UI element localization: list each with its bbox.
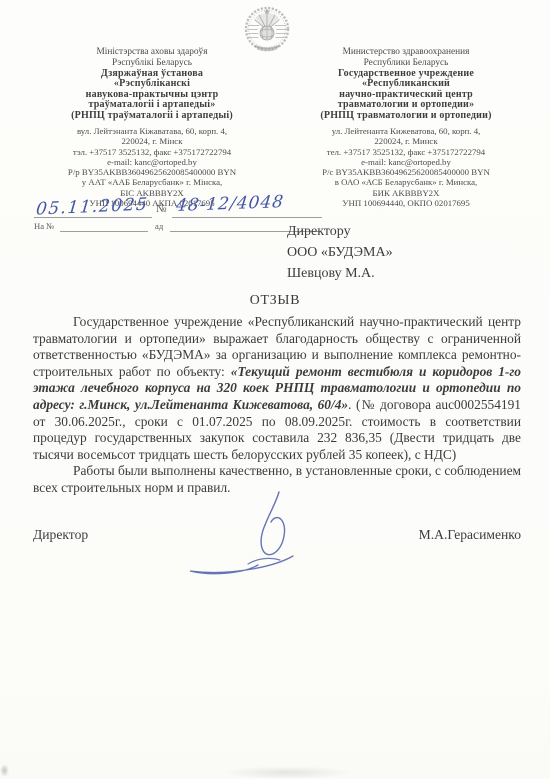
- body-paragraph: Государственное учреждение «Республиканс…: [33, 314, 521, 463]
- org-name-line: (РНПЦ траўматалогіі і артапедыі): [28, 111, 276, 121]
- letterhead-right-orgname: Государственное учреждение «Республиканс…: [282, 69, 530, 121]
- org-details-line: ул. Лейтенанта Кижеватова, 60, корп. 4,: [282, 126, 530, 136]
- letterhead-right-details: ул. Лейтенанта Кижеватова, 60, корп. 4, …: [282, 126, 530, 208]
- ref-na-no-label: На №: [34, 221, 54, 231]
- addressee-line: Директору: [287, 221, 393, 242]
- signoff-director-label: Директор: [33, 527, 88, 543]
- org-details-line: тел. +37517 3525132, факс +375172722794: [282, 147, 530, 157]
- ref-underline: [60, 231, 148, 232]
- org-details-line: Р/с BY35AKBB36049625620085400000 BYN: [282, 167, 530, 177]
- org-details-line: e-mail: kanc@ortoped.by: [282, 157, 530, 167]
- org-details-line: Р/р BY35AKBB36049625620085400000 BYN: [28, 167, 276, 177]
- org-details-line: УНП 100694440, ОКПО 02017695: [282, 198, 530, 208]
- ref-underline: [34, 217, 152, 218]
- letterhead-right-ministry: Министерство здравоохранения Республики …: [282, 47, 530, 69]
- document-title: ОТЗЫВ: [0, 292, 550, 308]
- letterhead-left-ministry: Міністэрства аховы здароўя Рэспублікі Бе…: [28, 47, 276, 69]
- org-details-line: 220024, г. Минск: [282, 136, 530, 146]
- org-details-line: e-mail: kanc@ortoped.by: [28, 157, 276, 167]
- addressee-line: ООО «БУДЭМА»: [287, 242, 393, 263]
- scan-artifact: [0, 764, 9, 777]
- addressee-line: Шевцову М.А.: [287, 263, 393, 284]
- ministry-line: Міністэрства аховы здароўя: [28, 47, 276, 58]
- signoff-name: М.А.Герасименко: [419, 527, 521, 543]
- ministry-line: Министерство здравоохранения: [282, 47, 530, 58]
- letterhead-left-orgname: Дзяржаўная ўстанова «Рэспубліканскі наву…: [28, 69, 276, 121]
- org-details-line: 220024, г. Мінск: [28, 136, 276, 146]
- ref-date-handwritten: 05.11.2025: [35, 194, 149, 219]
- scan-artifact: [222, 766, 352, 779]
- ref-underline: [172, 217, 322, 218]
- org-name-line: (РНПЦ травматологии и ортопедии): [282, 111, 530, 121]
- org-details-line: вул. Лейтэнанта Кіжаватава, 60, корп. 4,: [28, 126, 276, 136]
- org-details-line: в ОАО «АСБ Беларусбанк» г. Минска,: [282, 177, 530, 187]
- org-details-line: у ААТ «ААБ Беларусбанк» г. Мінска,: [28, 177, 276, 187]
- org-details-line: БИК AKBBBY2X: [282, 188, 530, 198]
- ref-number-handwritten: 48-12/4048: [175, 192, 285, 216]
- ref-no-symbol: №: [156, 203, 167, 215]
- org-details-line: тэл. +37517 3525132, факс +375172722794: [28, 147, 276, 157]
- scanned-letter-page: Міністэрства аховы здароўя Рэспублікі Бе…: [0, 0, 550, 779]
- addressee-block: Директору ООО «БУДЭМА» Шевцову М.А.: [287, 221, 393, 284]
- ref-ad-label: ад: [155, 221, 163, 231]
- signature-scribble: [160, 470, 340, 620]
